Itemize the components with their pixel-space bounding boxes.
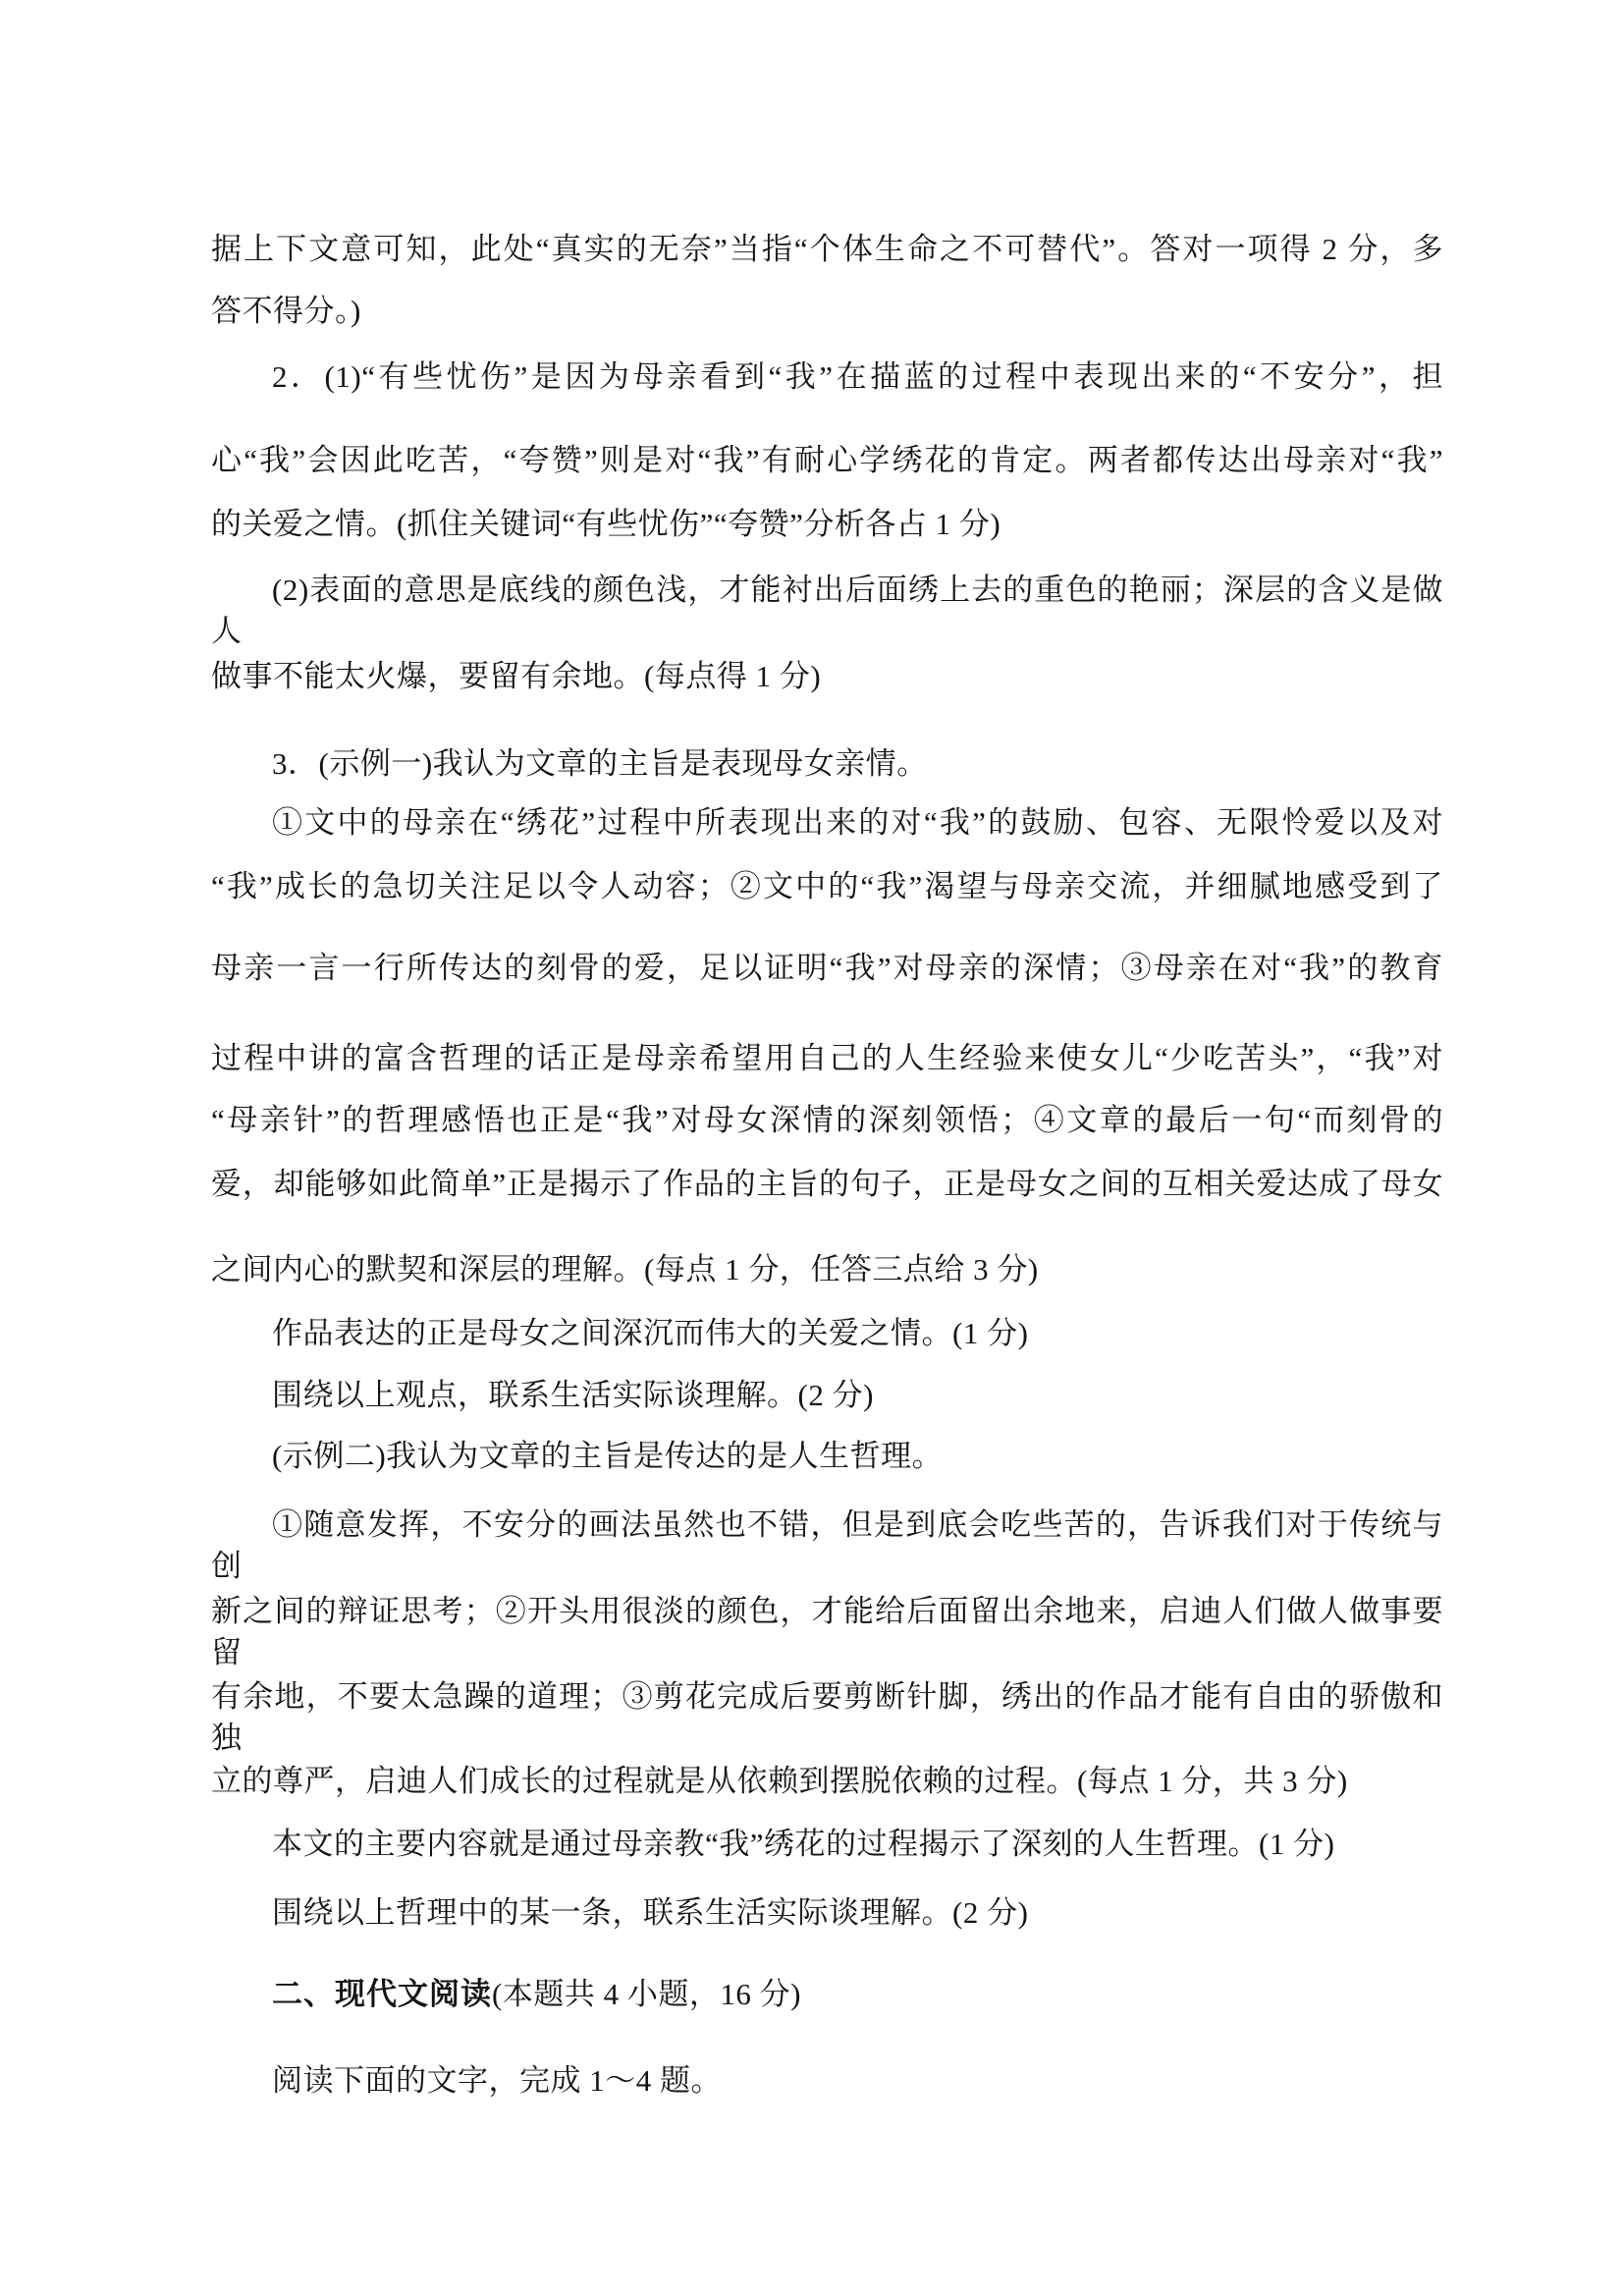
- section-heading-number-title: 二、现代文阅读: [272, 1977, 492, 2011]
- text-line: 新之间的辩证思考；②开头用很淡的颜色，才能给后面留出余地来，启迪人们做人做事要留: [211, 1591, 1443, 1673]
- text-line: 作品表达的正是母女之间深沉而伟大的关爱之情。(1 分): [211, 1313, 1443, 1354]
- text-line: 本文的主要内容就是通过母亲教“我”绣花的过程揭示了深刻的人生哲理。(1 分): [211, 1824, 1443, 1865]
- text-line: 3．(示例一)我认为文章的主旨是表现母女亲情。: [211, 743, 1443, 785]
- section-heading: 二、现代文阅读(本题共 4 小题，16 分): [211, 1974, 1443, 2015]
- text-line: 阅读下面的文字，完成 1～4 题。: [211, 2060, 1443, 2102]
- text-line: 有余地，不要太急躁的道理；③剪花完成后要剪断针脚，绣出的作品才能有自由的骄傲和独: [211, 1676, 1443, 1759]
- text-line: 立的尊严，启迪人们成长的过程就是从依赖到摆脱依赖的过程。(每点 1 分，共 3 …: [211, 1761, 1443, 1802]
- text-line: 过程中讲的富含哲理的话正是母亲希望用自己的人生经验来使女儿“少吃苦头”，“我”对: [211, 1038, 1443, 1079]
- section-heading-detail: (本题共 4 小题，16 分): [492, 1977, 801, 2011]
- text-line: 爱，却能够如此简单”正是揭示了作品的主旨的句子，正是母女之间的互相关爱达成了母女: [211, 1164, 1443, 1205]
- text-line: 据上下文意可知，此处“真实的无奈”当指“个体生命之不可替代”。答对一项得 2 分…: [211, 229, 1443, 270]
- text-line: 答不得分。): [211, 291, 1443, 332]
- text-line: 围绕以上观点，联系生活实际谈理解。(2 分): [211, 1375, 1443, 1416]
- text-line: 母亲一言一行所传达的刻骨的爱，足以证明“我”对母亲的深情；③母亲在对“我”的教育: [211, 948, 1443, 989]
- text-line: ①随意发挥，不安分的画法虽然也不错，但是到底会吃些苦的，告诉我们对于传统与创: [211, 1504, 1443, 1587]
- text-line: “我”成长的急切关注足以令人动容；②文中的“我”渴望与母亲交流，并细腻地感受到了: [211, 866, 1443, 907]
- text-line: (示例二)我认为文章的主旨是传达的是人生哲理。: [211, 1436, 1443, 1477]
- text-line: (2)表面的意思是底线的颜色浅，才能衬出后面绣上去的重色的艳丽；深层的含义是做人: [211, 570, 1443, 652]
- text-line: 2．(1)“有些忧伤”是因为母亲看到“我”在描蓝的过程中表现出来的“不安分”，担: [211, 356, 1443, 398]
- text-line: 的关爱之情。(抓住关键词“有些忧伤”“夸赞”分析各占 1 分): [211, 504, 1443, 545]
- text-line: 做事不能太火爆，要留有余地。(每点得 1 分): [211, 656, 1443, 697]
- text-line: 之间内心的默契和深层的理解。(每点 1 分，任答三点给 3 分): [211, 1249, 1443, 1290]
- text-line: “母亲针”的哲理感悟也正是“我”对母女深情的深刻领悟；④文章的最后一句“而刻骨的: [211, 1100, 1443, 1141]
- text-line: 心“我”会因此吃苦，“夸赞”则是对“我”有耐心学绣花的肯定。两者都传达出母亲对“…: [211, 440, 1443, 481]
- document-page: 据上下文意可知，此处“真实的无奈”当指“个体生命之不可替代”。答对一项得 2 分…: [0, 0, 1623, 2296]
- text-line: 围绕以上哲理中的某一条，联系生活实际谈理解。(2 分): [211, 1892, 1443, 1934]
- text-line: ①文中的母亲在“绣花”过程中所表现出来的对“我”的鼓励、包容、无限怜爱以及对: [211, 802, 1443, 844]
